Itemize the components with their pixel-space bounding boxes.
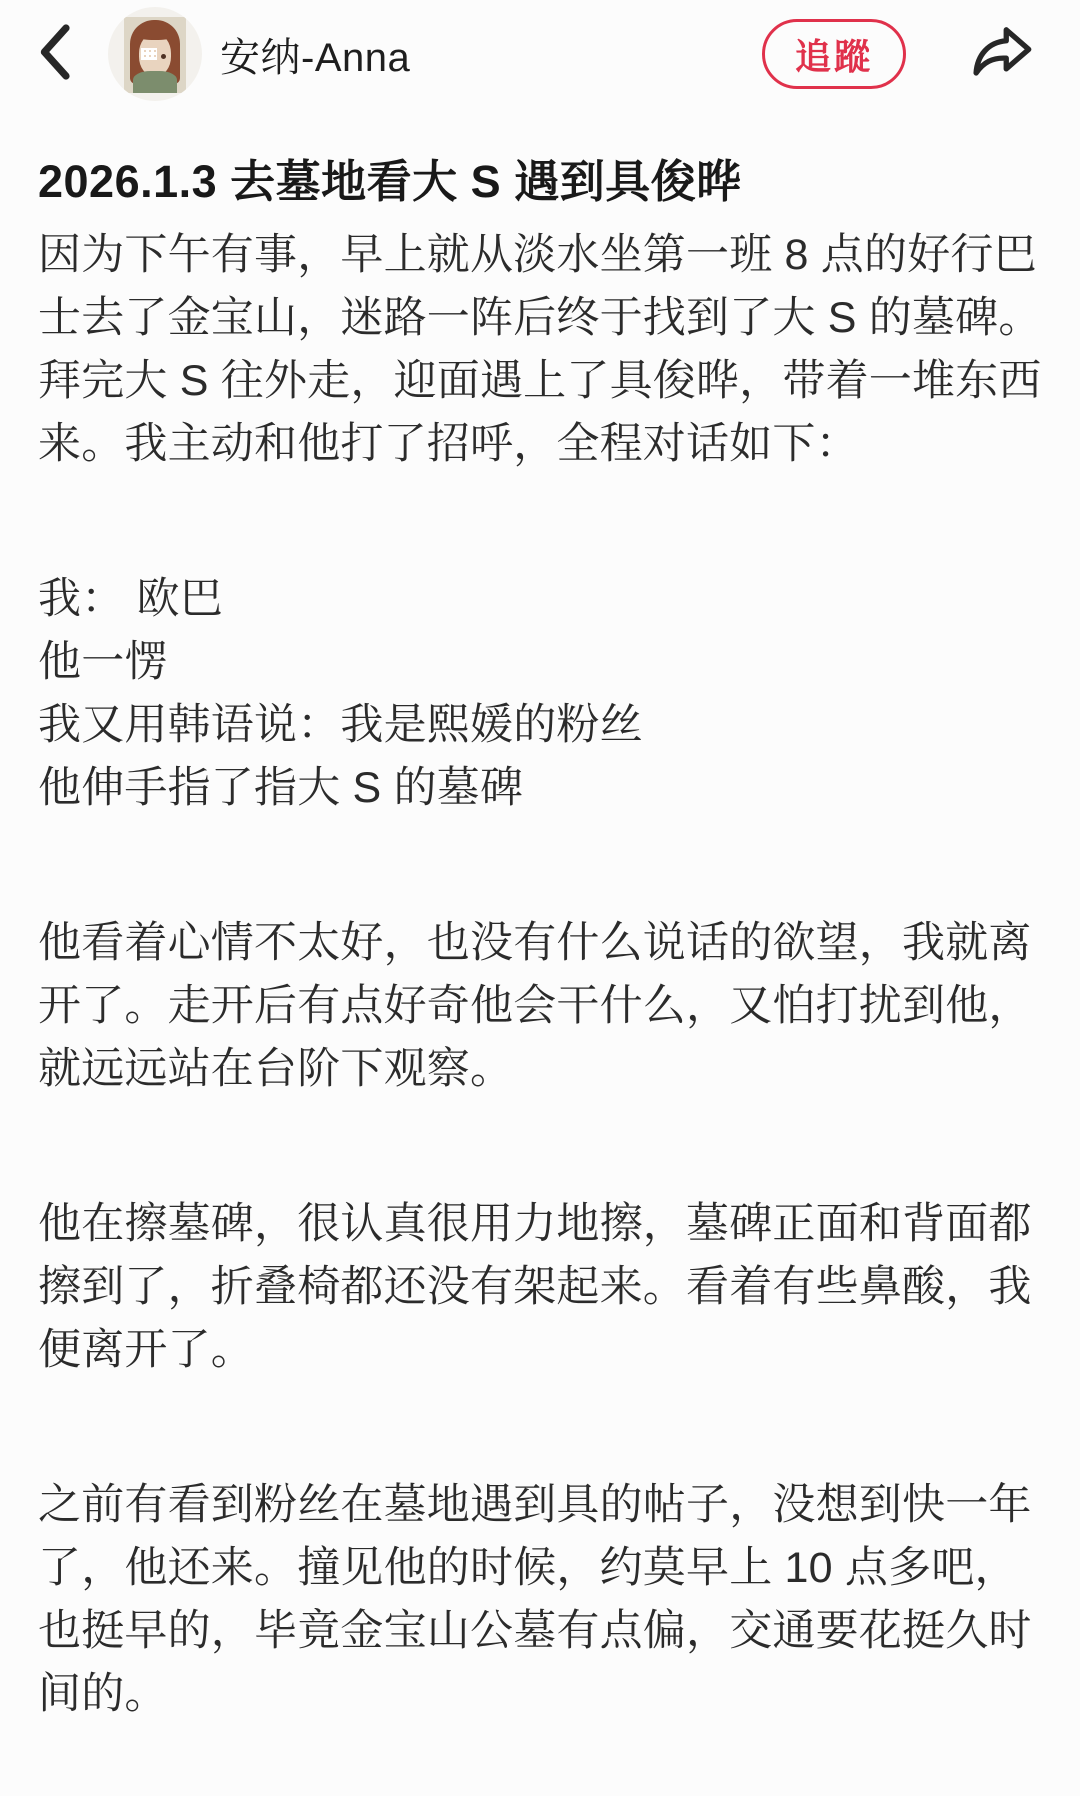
avatar-shirt: [133, 71, 177, 93]
avatar-bangs: [137, 29, 173, 40]
top-bar: 安纳-Anna 追蹤: [0, 0, 1080, 108]
post-paragraph: 他看着心情不太好，也没有什么说话的欲望，我就离开了。走开后有点好奇他会干什么，又…: [38, 912, 1042, 1101]
post-title: 2026.1.3 去墓地看大 S 遇到具俊晔: [38, 152, 1042, 212]
share-button[interactable]: [966, 19, 1040, 89]
chevron-left-icon: [38, 23, 72, 86]
dialogue-line: 我： 欧巴: [38, 568, 1042, 631]
post-page: 安纳-Anna 追蹤 2026.1.3 去墓地看大 S 遇到具俊晔 因为下午有事…: [0, 0, 1080, 1796]
dialogue-line: 他一愣: [38, 631, 1042, 694]
avatar[interactable]: [108, 7, 202, 101]
dialogue-line: 我又用韩语说：我是熙媛的粉丝: [38, 694, 1042, 757]
post-dialogue-block: 我： 欧巴 他一愣 我又用韩语说：我是熙媛的粉丝 他伸手指了指大 S 的墓碑: [38, 568, 1042, 820]
follow-button[interactable]: 追蹤: [762, 19, 906, 89]
post-paragraph: 之前有看到粉丝在墓地遇到具的帖子，没想到快一年了，他还来。撞见他的时候，约莫早上…: [38, 1474, 1042, 1726]
avatar-pixelated-patch: [141, 48, 157, 60]
username[interactable]: 安纳-Anna: [220, 26, 762, 83]
post-content: 2026.1.3 去墓地看大 S 遇到具俊晔 因为下午有事，早上就从淡水坐第一班…: [0, 152, 1080, 1726]
dialogue-line: 他伸手指了指大 S 的墓碑: [38, 757, 1042, 820]
post-paragraph: 因为下午有事，早上就从淡水坐第一班 8 点的好行巴士去了金宝山，迷路一阵后终于找…: [38, 224, 1042, 476]
post-paragraph: 他在擦墓碑，很认真很用力地擦，墓碑正面和背面都擦到了，折叠椅都还没有架起来。看着…: [38, 1193, 1042, 1382]
share-forward-arrow-icon: [966, 18, 1040, 91]
avatar-eye: [161, 54, 166, 59]
back-button[interactable]: [38, 25, 72, 83]
